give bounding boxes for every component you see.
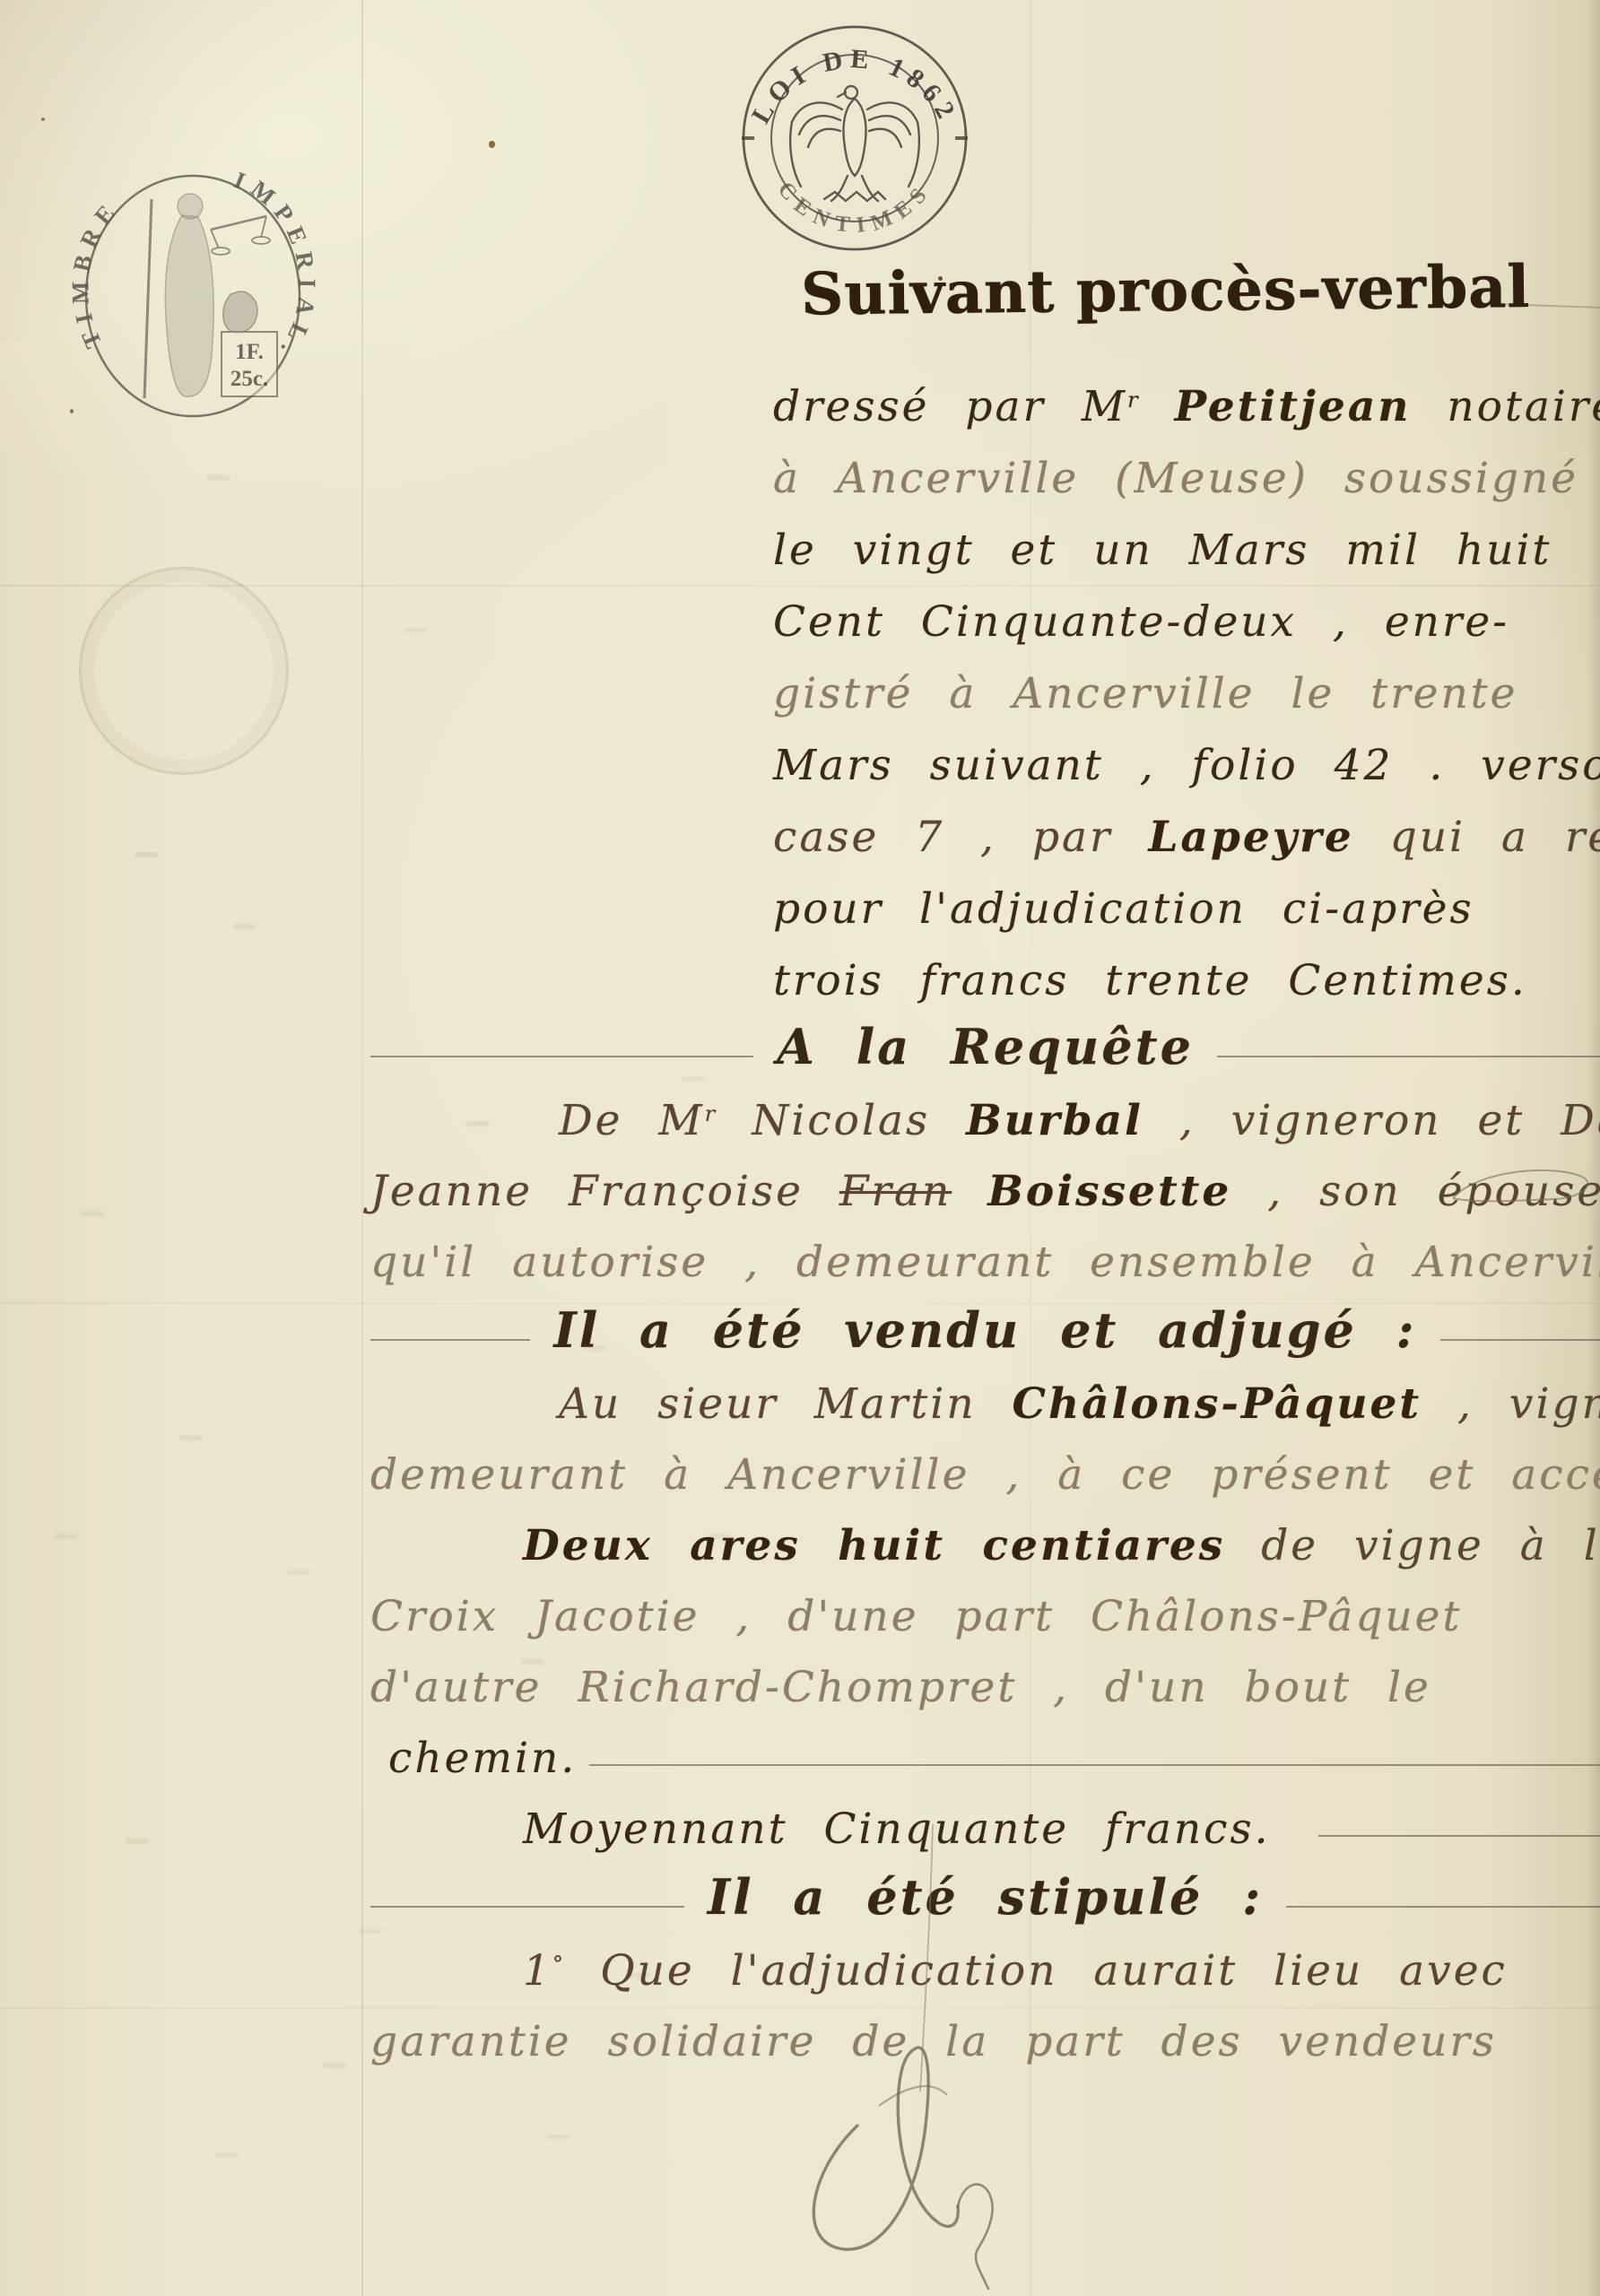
section-heading: Il a été vendu et adjugé : [370, 1290, 1600, 1361]
underline-rule [370, 1339, 530, 1341]
struck-word: Fran [839, 1167, 952, 1216]
document-title: Suivant procès-verbal [801, 252, 1573, 328]
baseline-rule [589, 1764, 1600, 1766]
text-line: De Mr Nicolas Burbal , vigneron et Dame [370, 1077, 1600, 1148]
line-text: chemin. [388, 1737, 577, 1780]
handwritten-text [952, 1167, 987, 1216]
line-text: qu'il autorise , demeurant ensemble à An… [370, 1241, 1600, 1284]
handwritten-text: chemin. [388, 1734, 577, 1783]
text-line: le vingt et un Mars mil huit [773, 506, 1600, 578]
handwritten-text: A la Requête [777, 1018, 1194, 1075]
text-line: Au sieur Martin Châlons-Pâquet , vignero… [370, 1361, 1600, 1431]
line-text: demeurant à Ancerville , à ce présent et… [370, 1454, 1600, 1497]
loi-1862-eagle-stamp: LOI DE 1862 CENTIMES [731, 16, 978, 264]
text-line: pour l'adjudication ci-après [773, 865, 1600, 936]
handwritten-text: trois francs trente Centimes. [773, 956, 1527, 1005]
line-text: Jeanne Françoise Fran Boissette , son ép… [370, 1170, 1600, 1213]
underline-rule [1440, 1339, 1600, 1341]
underline-rule [370, 1056, 753, 1057]
handwritten-text: qu'il autorise , demeurant ensemble à An… [370, 1238, 1600, 1287]
paraph-flourish [771, 1821, 1202, 2296]
handwritten-text: le vingt et un Mars mil huit [773, 526, 1552, 575]
svg-text:1F.: 1F. [235, 340, 264, 364]
section-heading: A la Requête [370, 1006, 1600, 1077]
handwritten-text: Il a été vendu et adjugé : [553, 1301, 1416, 1359]
imperial-eagle-icon [790, 86, 919, 201]
svg-text:25c.: 25c. [230, 367, 268, 391]
foxing-speck [41, 117, 45, 121]
line-text: trois francs trente Centimes. [773, 960, 1527, 1003]
handwritten-text: 1 [523, 1946, 552, 1996]
handwritten-text: qui a reçu [1354, 813, 1600, 862]
handwritten-text: d'autre Richard-Chompret , d'un bout le [370, 1663, 1431, 1712]
text-line: Deux ares huit centiares de vigne à la [370, 1502, 1600, 1573]
handwritten-text: Jeanne Françoise [370, 1167, 839, 1216]
embossed-seal-ghost [79, 567, 289, 775]
handwritten-text: à Ancerville (Meuse) soussigné [773, 454, 1578, 503]
line-text: case 7 , par Lapeyre qui a reçu [773, 816, 1600, 859]
foxing-speck [70, 409, 74, 413]
handwritten-text: , vigneron [1422, 1379, 1600, 1429]
handwritten-text: pour l'adjudication ci-après [773, 884, 1474, 934]
handwritten-text: Burbal [966, 1096, 1143, 1145]
handwritten-text: Mars suivant , folio 42 . verso [773, 741, 1600, 790]
opening-paragraph: dressé par Mr Petitjean notaireà Ancervi… [773, 362, 1600, 1008]
heading-text: A la Requête [753, 1022, 1217, 1072]
text-line: d'autre Richard-Chompret , d'un bout le [370, 1644, 1600, 1715]
line-text: Cent Cinquante-deux , enre- [773, 601, 1509, 644]
text-line: chemin. [370, 1715, 1600, 1786]
imperial-timbre-stamp: TIMBRE IMPERIAL. 1F. 25c. [76, 160, 314, 429]
baseline-rule [1318, 1835, 1600, 1837]
underline-rule [1217, 1056, 1600, 1057]
line-text: à Ancerville (Meuse) soussigné [773, 457, 1578, 500]
text-line: Jeanne Françoise Fran Boissette , son ép… [370, 1148, 1600, 1219]
text-line: Croix Jacotie , d'une part Châlons-Pâque… [370, 1573, 1600, 1644]
justice-figure-icon: 1F. 25c. [144, 194, 277, 398]
bleed-through-marks [135, 852, 158, 857]
text-line: gistré à Ancerville le trente [773, 649, 1600, 721]
text-line: qu'il autorise , demeurant ensemble à An… [370, 1219, 1600, 1290]
handwritten-text: Lapeyre [1148, 813, 1353, 862]
handwritten-text: de vigne à la [1225, 1521, 1600, 1570]
text-line: dressé par Mr Petitjean notaire [773, 362, 1600, 434]
handwritten-text: r [1127, 387, 1139, 413]
handwritten-text: , vigneron et Dame [1143, 1096, 1600, 1145]
svg-text:TIMBRE: TIMBRE [66, 194, 125, 352]
handwritten-text: Nicolas [716, 1096, 966, 1145]
line-text: d'autre Richard-Chompret , d'un bout le [370, 1666, 1431, 1709]
line-text: Deux ares huit centiares de vigne à la [523, 1525, 1600, 1568]
line-text: gistré à Ancerville le trente [773, 673, 1517, 716]
handwritten-text: Au sieur Martin [559, 1379, 1013, 1429]
handwritten-text: demeurant à Ancerville , à ce présent et… [370, 1450, 1600, 1500]
handwritten-text: case 7 , par [773, 813, 1148, 862]
handwritten-text: gistré à Ancerville le trente [773, 669, 1517, 718]
underline-rule [1286, 1906, 1600, 1908]
text-line: case 7 , par Lapeyre qui a reçu [773, 793, 1600, 865]
handwritten-text: notaire [1411, 382, 1600, 431]
handwritten-text: Châlons-Pâquet [1013, 1379, 1422, 1429]
handwritten-text: ° [552, 1951, 564, 1977]
handwritten-text: dressé par M [773, 382, 1127, 431]
underline-rule [370, 1906, 684, 1908]
line-text: pour l'adjudication ci-après [773, 888, 1474, 931]
document-page: TIMBRE IMPERIAL. 1F. 25c. LOI DE 1862 [0, 0, 1600, 2296]
line-text: le vingt et un Mars mil huit [773, 529, 1552, 572]
handwritten-text: Petitjean [1175, 382, 1412, 431]
text-line: Mars suivant , folio 42 . verso [773, 721, 1600, 793]
handwritten-text [1139, 382, 1175, 431]
handwritten-text: Boissette [987, 1167, 1231, 1216]
fold-crease [361, 0, 363, 2296]
line-text: dressé par Mr Petitjean notaire [773, 386, 1600, 429]
line-text: Au sieur Martin Châlons-Pâquet , vignero… [559, 1383, 1600, 1426]
text-line: trois francs trente Centimes. [773, 936, 1600, 1008]
line-text: De Mr Nicolas Burbal , vigneron et Dame [559, 1100, 1600, 1143]
foxing-speck [489, 141, 495, 148]
text-line: demeurant à Ancerville , à ce présent et… [370, 1431, 1600, 1502]
handwritten-text: Croix Jacotie , d'une part Châlons-Pâque… [370, 1592, 1462, 1641]
line-text: Mars suivant , folio 42 . verso [773, 744, 1600, 787]
svg-text:CENTIMES: CENTIMES [773, 178, 937, 239]
handwritten-text: Deux ares huit centiares [523, 1521, 1225, 1570]
heading-text: Il a été vendu et adjugé : [530, 1306, 1439, 1355]
eagle-icon [223, 291, 257, 333]
handwritten-text: r [705, 1100, 717, 1126]
text-line: Cent Cinquante-deux , enre- [773, 578, 1600, 649]
handwritten-text: Cent Cinquante-deux , enre- [773, 597, 1509, 647]
text-line: à Ancerville (Meuse) soussigné [773, 434, 1600, 506]
line-text: Croix Jacotie , d'une part Châlons-Pâque… [370, 1596, 1462, 1639]
line-end-flourish [1446, 1159, 1600, 1209]
handwritten-text: De M [559, 1096, 705, 1145]
